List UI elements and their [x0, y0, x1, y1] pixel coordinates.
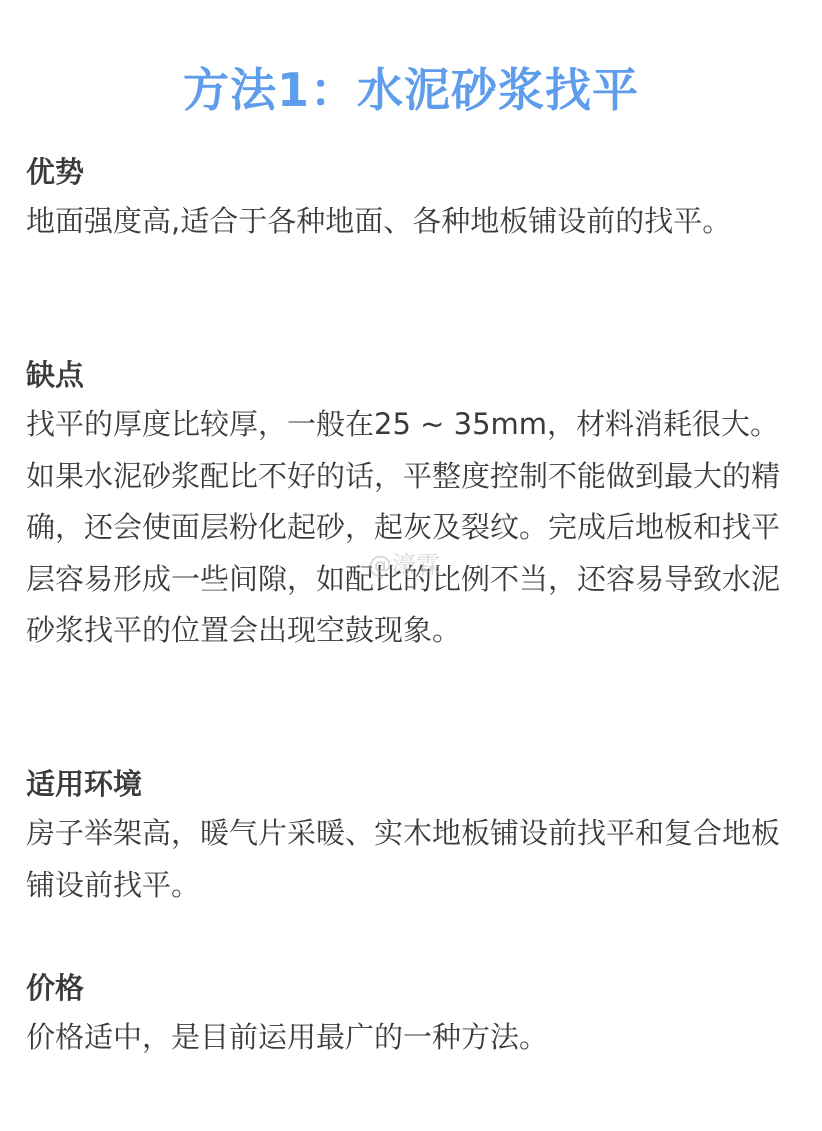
section-body-disadvantages: 找平的厚度比较厚，一般在25 ~ 35mm，材料消耗很大。如果水泥砂浆配比不好的… — [26, 399, 801, 657]
section-disadvantages: 缺点 找平的厚度比较厚，一般在25 ~ 35mm，材料消耗很大。如果水泥砂浆配比… — [26, 355, 801, 657]
page-title: 方法1：水泥砂浆找平 — [0, 59, 822, 121]
section-heading-disadvantages: 缺点 — [26, 355, 801, 395]
section-body-price: 价格适中，是目前运用最广的一种方法。 — [26, 1012, 801, 1064]
section-environment: 适用环境 房子举架高，暖气片采暖、实木地板铺设前找平和复合地板铺设前找平。 — [26, 764, 801, 911]
section-body-environment: 房子举架高，暖气片采暖、实木地板铺设前找平和复合地板铺设前找平。 — [26, 808, 801, 911]
section-body-advantages: 地面强度高,适合于各种地面、各种地板铺设前的找平。 — [26, 196, 801, 248]
section-advantages: 优势 地面强度高,适合于各种地面、各种地板铺设前的找平。 — [26, 152, 801, 248]
section-heading-advantages: 优势 — [26, 152, 801, 192]
section-heading-environment: 适用环境 — [26, 764, 801, 804]
section-heading-price: 价格 — [26, 968, 801, 1008]
section-price: 价格 价格适中，是目前运用最广的一种方法。 — [26, 968, 801, 1064]
